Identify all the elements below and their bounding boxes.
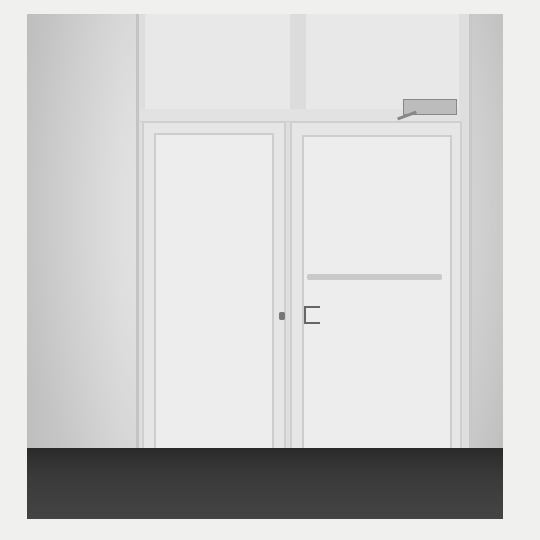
door-panel: [302, 135, 452, 451]
left-door: [142, 121, 286, 465]
right-door: [290, 121, 462, 465]
door-lock: [279, 312, 285, 320]
transom-divider: [290, 14, 306, 109]
floor: [27, 448, 503, 519]
push-bar: [307, 274, 442, 280]
photograph: Polaroid photograph of white double door…: [27, 14, 503, 519]
door-handle: [304, 306, 320, 324]
door-panel: [154, 133, 274, 451]
